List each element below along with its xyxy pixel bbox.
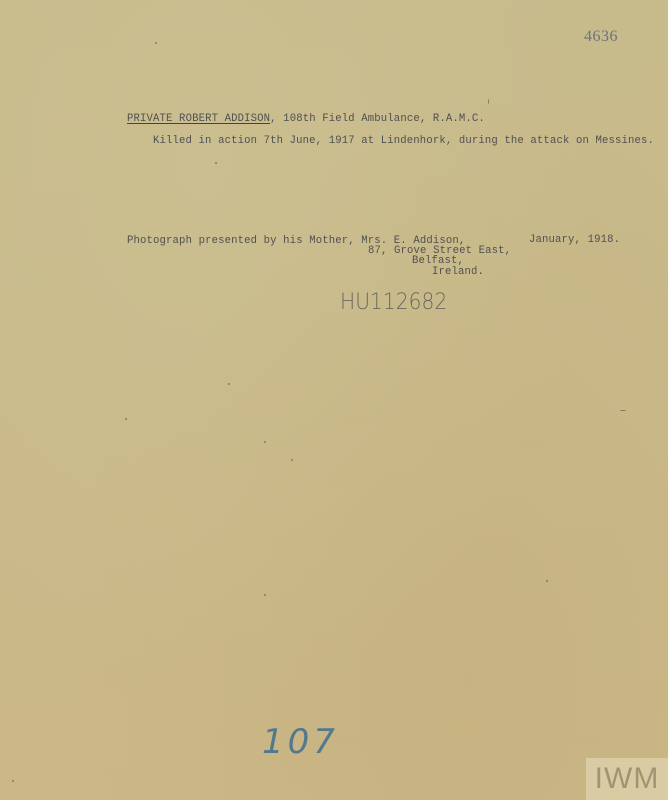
paper-speck bbox=[125, 418, 127, 420]
paper-speck bbox=[264, 594, 266, 596]
address-line-country: Ireland. bbox=[432, 266, 484, 278]
reference-number: 4636 bbox=[584, 28, 618, 46]
soldier-name: PRIVATE ROBERT ADDISON bbox=[127, 113, 270, 125]
iwm-watermark: IWM bbox=[586, 758, 668, 800]
handwritten-page-number: 107 bbox=[262, 722, 339, 762]
death-note: Killed in action 7th June, 1917 at Linde… bbox=[153, 135, 654, 147]
presentation-date: January, 1918. bbox=[529, 234, 620, 246]
paper-speck bbox=[291, 459, 293, 461]
paper-speck bbox=[12, 780, 14, 782]
paper-speck bbox=[215, 162, 217, 164]
paper-speck bbox=[488, 99, 489, 104]
archive-document-page: 4636 PRIVATE ROBERT ADDISON, 108th Field… bbox=[0, 0, 668, 800]
iwm-logo-text: IWM bbox=[595, 762, 660, 796]
handwritten-catalogue-number: HU112682 bbox=[340, 290, 447, 315]
paper-speck bbox=[620, 410, 626, 411]
heading-line: PRIVATE ROBERT ADDISON, 108th Field Ambu… bbox=[127, 113, 485, 125]
paper-speck bbox=[264, 441, 266, 443]
soldier-unit: , 108th Field Ambulance, R.A.M.C. bbox=[270, 113, 485, 125]
paper-speck bbox=[228, 383, 230, 385]
paper-speck bbox=[155, 42, 157, 44]
paper-speck bbox=[546, 580, 548, 582]
